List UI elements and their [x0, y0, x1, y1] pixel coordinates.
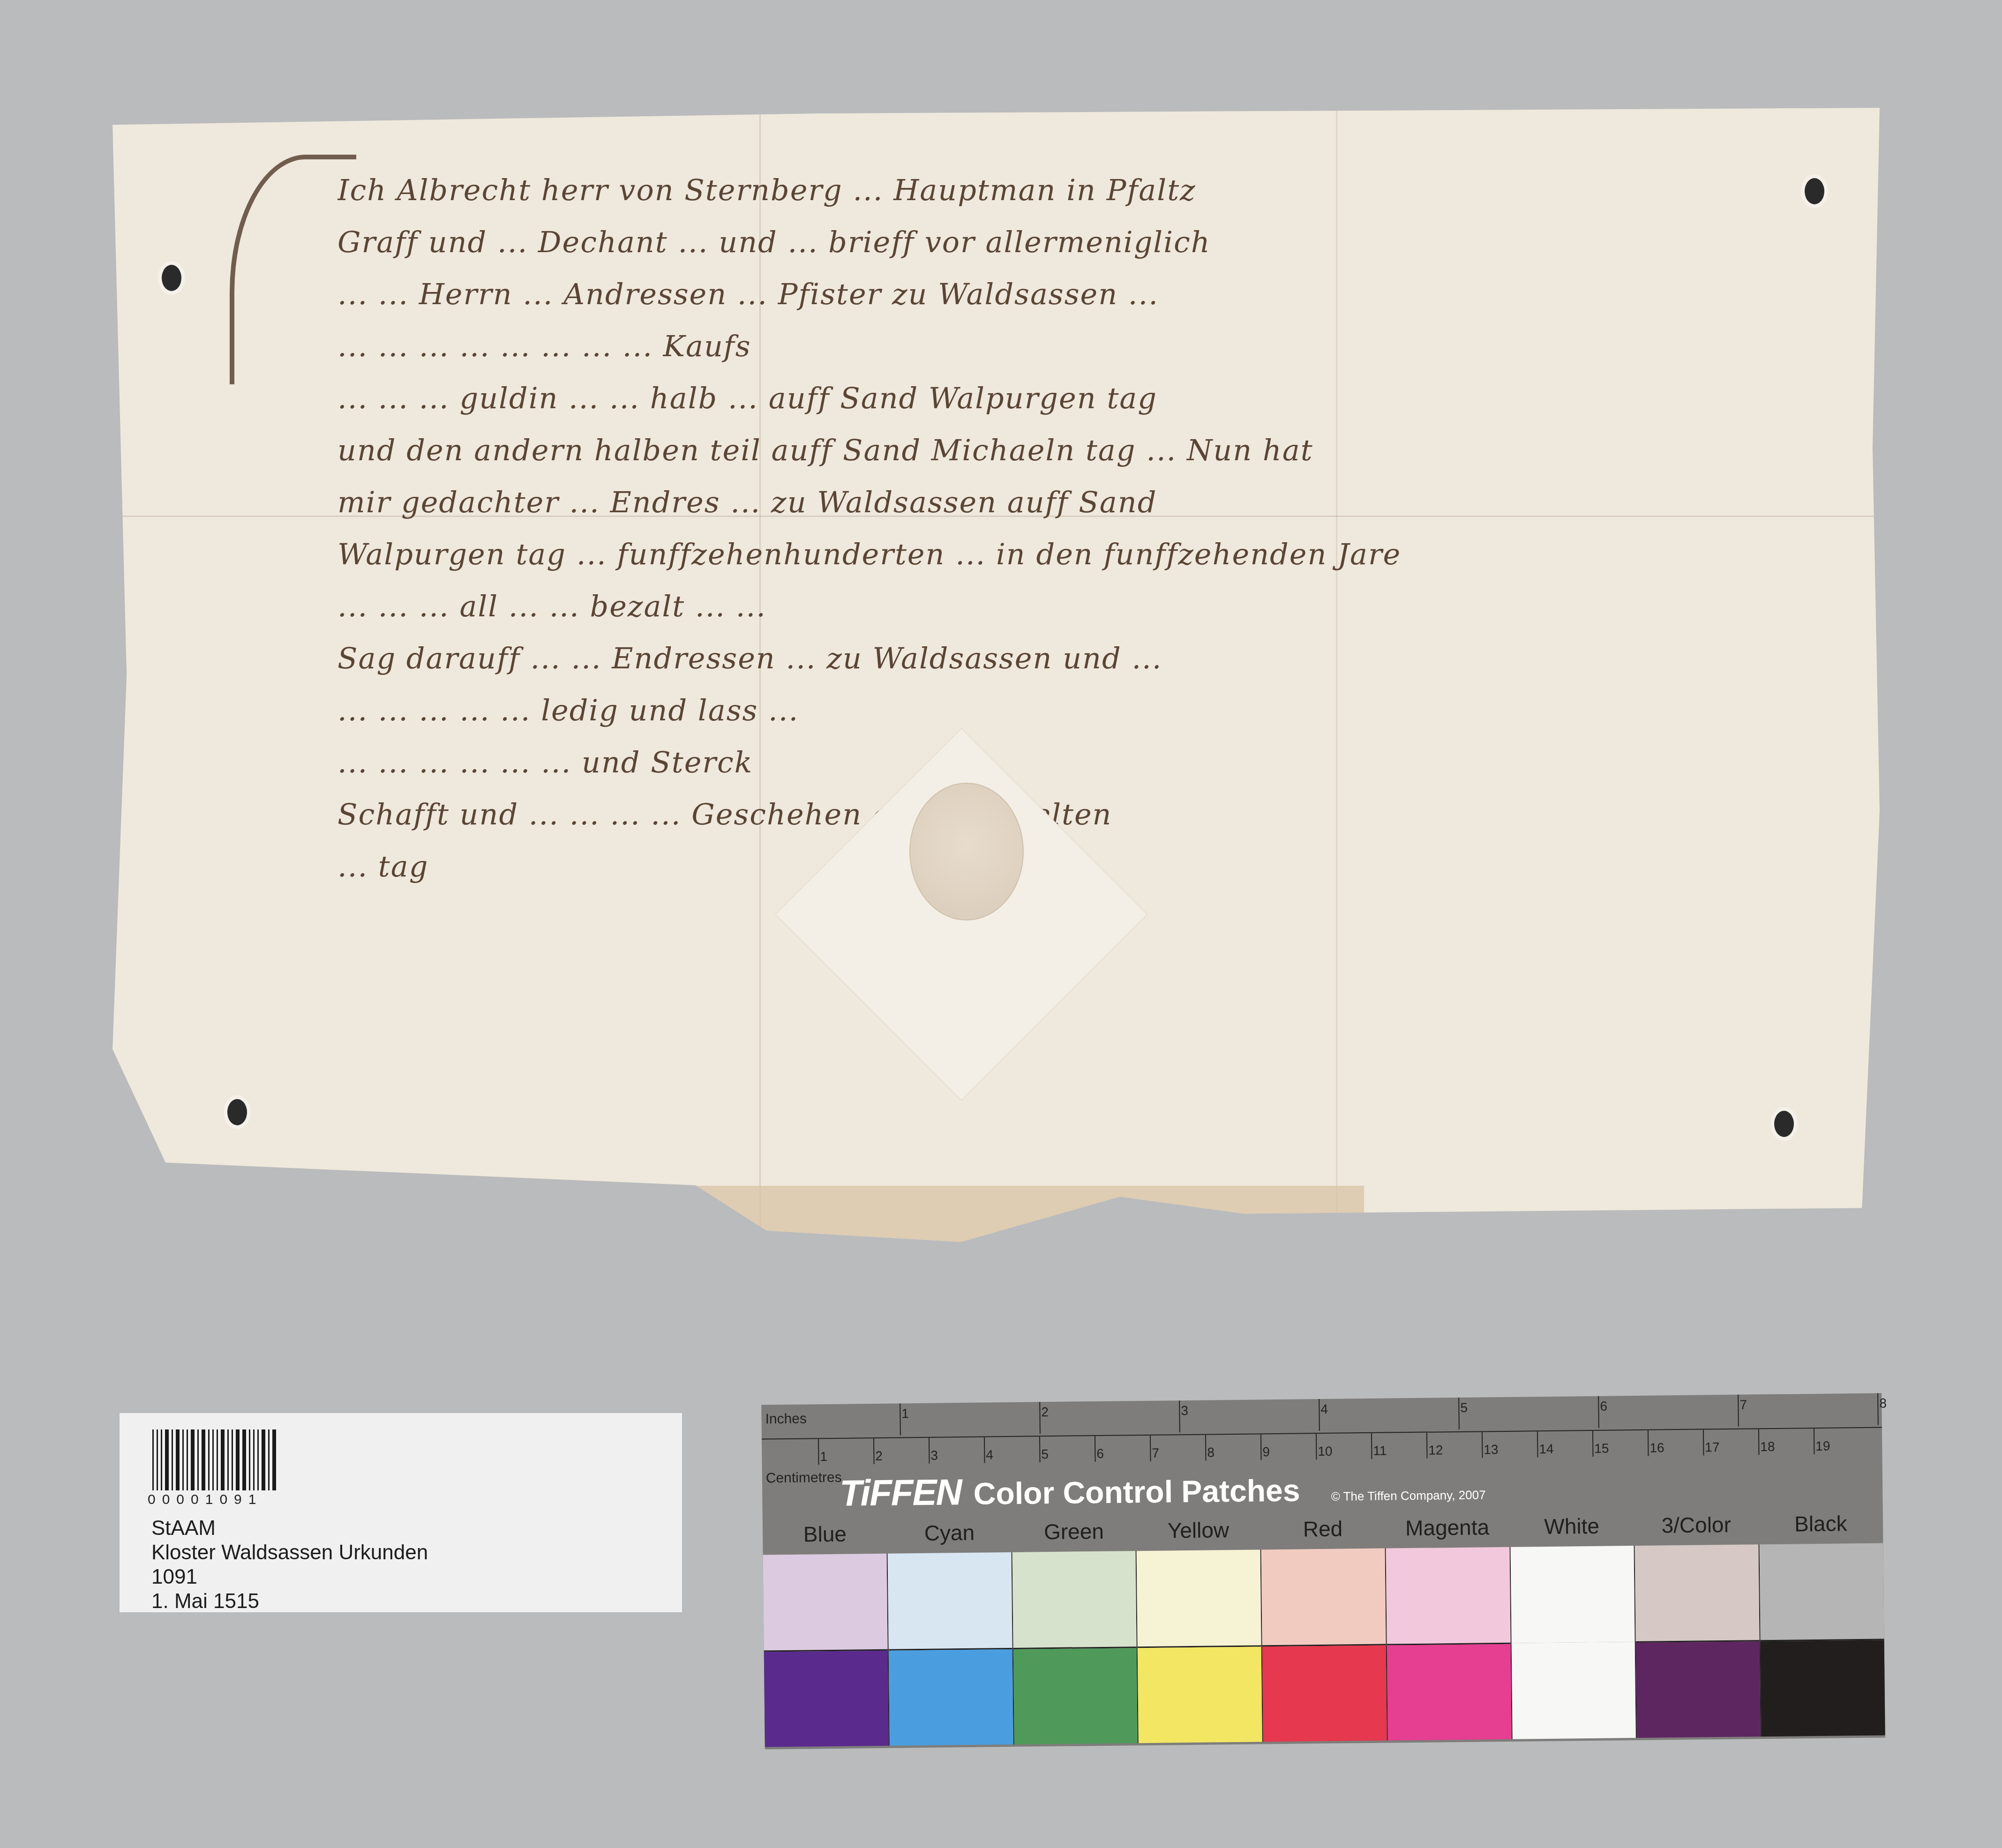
ruler: Inches 123456781234567891011121314151617… — [761, 1393, 1882, 1466]
inch-tick: 4 — [1319, 1399, 1320, 1431]
patch-light-swatch — [887, 1552, 1012, 1650]
inch-tick-label: 6 — [1600, 1399, 1607, 1414]
centimetres-label: Centimetres — [766, 1470, 842, 1487]
cm-tick-label: 10 — [1318, 1444, 1332, 1459]
barcode-bar — [236, 1429, 240, 1490]
handwriting-line: mir gedachter ... Endres ... zu Waldsass… — [337, 476, 1837, 528]
archive-name: StAAM — [151, 1516, 428, 1541]
patch-label-black: Black — [1758, 1510, 1883, 1537]
handwriting-line: ... ... Herrn ... Andressen ... Pfister … — [337, 268, 1837, 320]
barcode-bar — [221, 1429, 225, 1490]
barcode-bar — [253, 1429, 255, 1490]
handwriting-line: Schafft und ... ... ... ... Geschehen am… — [337, 788, 1837, 840]
patch-label-green: Green — [1012, 1518, 1136, 1545]
inch-tick: 6 — [1598, 1396, 1599, 1428]
patch-light-swatch — [763, 1554, 888, 1652]
barcode-icon — [152, 1429, 276, 1490]
cm-tick-label: 3 — [930, 1448, 938, 1463]
patch-dark-swatch — [1761, 1640, 1885, 1736]
cm-tick-label: 15 — [1594, 1441, 1609, 1456]
cm-tick-label: 18 — [1760, 1439, 1775, 1454]
mounting-hole-icon — [162, 265, 181, 291]
copyright-text: © The Tiffen Company, 2007 — [1331, 1488, 1485, 1504]
folded-bottom-flap — [661, 1186, 1364, 1247]
catalog-label: 00001091 StAAM Kloster Waldsassen Urkund… — [120, 1413, 682, 1612]
barcode-bar — [268, 1429, 270, 1490]
patch-light-swatch — [1137, 1549, 1261, 1647]
cm-tick-label: 6 — [1096, 1446, 1104, 1461]
cm-tick-label: 5 — [1041, 1447, 1049, 1462]
barcode-bar — [212, 1429, 214, 1490]
cm-tick-label: 1 — [820, 1449, 827, 1464]
chart-title: Color Control Patches — [973, 1473, 1300, 1511]
patch-label-magenta: Magenta — [1385, 1514, 1510, 1541]
cm-tick: 14 — [1537, 1431, 1538, 1457]
patch-label-blue: Blue — [763, 1521, 887, 1548]
cm-tick: 16 — [1648, 1430, 1649, 1456]
handwriting-line: ... ... ... ... ... ... und Sterck — [337, 736, 1837, 788]
handwriting-line: ... ... ... guldin ... ... halb ... auff… — [337, 372, 1837, 424]
cm-tick-label: 2 — [875, 1449, 883, 1464]
inch-tick-label: 3 — [1181, 1403, 1188, 1418]
cm-tick: 18 — [1758, 1429, 1760, 1455]
cm-tick: 3 — [929, 1438, 930, 1464]
cm-tick: 1 — [818, 1439, 819, 1465]
barcode-bar — [182, 1429, 184, 1490]
cm-tick: 4 — [984, 1437, 985, 1463]
patch-labels: BlueCyanGreenYellowRedMagentaWhite3/Colo… — [763, 1510, 1883, 1547]
patch-dark-swatch — [764, 1650, 889, 1747]
cm-tick-label: 13 — [1484, 1442, 1498, 1457]
cm-tick: 2 — [873, 1438, 875, 1464]
patch-column — [1137, 1549, 1263, 1743]
patch-light-swatch — [1261, 1549, 1386, 1646]
cm-tick: 12 — [1426, 1433, 1428, 1459]
cm-tick: 13 — [1482, 1432, 1483, 1458]
barcode-bar — [242, 1429, 246, 1490]
cm-tick-label: 9 — [1262, 1444, 1270, 1459]
patch-column — [1386, 1547, 1512, 1741]
inch-tick-label: 4 — [1320, 1402, 1328, 1417]
barcode-bar — [197, 1429, 199, 1490]
charter-parchment: Ich Albrecht herr von Sternberg ... Haup… — [112, 108, 1880, 1242]
cm-tick: 6 — [1095, 1436, 1096, 1462]
cm-tick-label: 7 — [1152, 1446, 1159, 1461]
barcode-bar — [172, 1429, 173, 1490]
barcode-bar — [191, 1429, 195, 1490]
color-control-chart: Inches 123456781234567891011121314151617… — [761, 1393, 1885, 1750]
patch-column — [1012, 1551, 1139, 1744]
ruler-divider — [762, 1427, 1882, 1440]
cm-tick: 19 — [1814, 1429, 1815, 1454]
inch-tick-label: 1 — [901, 1406, 909, 1421]
handwriting-line: Graff und ... Dechant ... und ... brieff… — [337, 216, 1837, 268]
patch-light-swatch — [1510, 1546, 1635, 1643]
patch-dark-swatch — [888, 1649, 1013, 1745]
cm-tick-label: 17 — [1705, 1440, 1719, 1455]
barcode-bar — [202, 1429, 205, 1490]
handwriting-line: ... ... ... ... ... ledig und lass ... — [337, 684, 1837, 736]
patch-label-white: White — [1509, 1513, 1634, 1540]
cm-tick-label: 12 — [1428, 1443, 1443, 1458]
barcode-bar — [217, 1429, 218, 1490]
barcode-bar — [161, 1429, 162, 1490]
handwriting-line: und den andern halben teil auff Sand Mic… — [337, 424, 1837, 476]
patch-label-3-color: 3/Color — [1634, 1511, 1759, 1538]
cm-tick-label: 4 — [986, 1447, 993, 1462]
mounting-hole-icon — [227, 1099, 247, 1125]
wax-seal-icon — [909, 783, 1024, 920]
inch-tick-label: 7 — [1740, 1398, 1747, 1413]
patch-column — [1760, 1543, 1885, 1736]
inch-tick-label: 8 — [1879, 1396, 1887, 1411]
inches-label: Inches — [765, 1411, 807, 1428]
cm-tick: 8 — [1205, 1435, 1207, 1461]
cm-tick-label: 8 — [1207, 1445, 1215, 1460]
patch-column — [1261, 1549, 1388, 1742]
barcode-bar — [262, 1429, 265, 1490]
handwriting-line: Sag darauff ... ... Endressen ... zu Wal… — [337, 632, 1837, 684]
inch-tick: 2 — [1039, 1402, 1041, 1434]
barcode-number: 00001091 — [148, 1492, 262, 1508]
barcode-bar — [227, 1429, 229, 1490]
patch-dark-swatch — [1511, 1642, 1636, 1739]
inch-tick: 8 — [1877, 1393, 1879, 1425]
patch-dark-swatch — [1138, 1646, 1262, 1743]
tiffen-logo: TiFFEN — [840, 1471, 962, 1515]
inch-tick: 5 — [1458, 1398, 1460, 1429]
barcode-bar — [232, 1429, 233, 1490]
patch-light-swatch — [1635, 1544, 1760, 1642]
mounting-hole-icon — [1774, 1111, 1794, 1137]
patch-column — [763, 1554, 890, 1747]
cm-tick: 15 — [1592, 1431, 1594, 1457]
patch-label-cyan: Cyan — [887, 1519, 1012, 1546]
inch-tick-label: 5 — [1460, 1400, 1468, 1415]
patch-dark-swatch — [1636, 1641, 1761, 1738]
handwritten-text: Ich Albrecht herr von Sternberg ... Haup… — [337, 164, 1837, 892]
handwriting-line: Ich Albrecht herr von Sternberg ... Haup… — [337, 164, 1837, 216]
patch-column — [1510, 1546, 1637, 1739]
cm-tick-label: 19 — [1815, 1439, 1830, 1454]
barcode-bar — [257, 1429, 259, 1490]
item-number: 1091 — [151, 1565, 428, 1589]
patch-dark-swatch — [1013, 1648, 1138, 1744]
collection-name: Kloster Waldsassen Urkunden — [151, 1541, 428, 1565]
cm-tick: 9 — [1260, 1434, 1262, 1460]
patch-light-swatch — [1760, 1543, 1884, 1641]
patch-light-swatch — [1012, 1551, 1137, 1649]
handwriting-line: ... ... ... all ... ... bezalt ... ... — [337, 580, 1837, 632]
patch-dark-swatch — [1387, 1644, 1512, 1740]
barcode-bar — [187, 1429, 188, 1490]
patch-dark-swatch — [1262, 1645, 1387, 1742]
patch-label-red: Red — [1260, 1516, 1385, 1542]
handwriting-line: ... ... ... ... ... ... ... ... Kaufs — [337, 320, 1837, 372]
cm-tick-label: 11 — [1373, 1444, 1387, 1459]
barcode-bar — [208, 1429, 210, 1490]
barcode-bar — [157, 1429, 158, 1490]
cm-tick: 11 — [1371, 1433, 1372, 1459]
barcode-bar — [165, 1429, 169, 1490]
document-date: 1. Mai 1515 — [151, 1589, 428, 1614]
cm-tick: 10 — [1316, 1434, 1317, 1459]
cm-tick: 7 — [1150, 1436, 1151, 1461]
cm-tick: 17 — [1703, 1429, 1704, 1455]
cm-tick-label: 14 — [1539, 1442, 1553, 1457]
barcode-bar — [152, 1429, 154, 1490]
patch-light-swatch — [1386, 1547, 1510, 1645]
barcode-bar — [176, 1429, 180, 1490]
cm-tick: 5 — [1039, 1437, 1041, 1462]
barcode-bar — [272, 1429, 276, 1490]
patch-column — [1635, 1544, 1762, 1738]
patch-label-yellow: Yellow — [1136, 1517, 1260, 1543]
handwriting-line: Walpurgen tag ... funffzehenhunderten ..… — [337, 528, 1837, 580]
patch-column — [887, 1552, 1014, 1746]
color-patches — [763, 1543, 1885, 1747]
barcode-bar — [249, 1429, 250, 1490]
inch-tick-label: 2 — [1041, 1405, 1049, 1420]
inch-tick: 7 — [1738, 1395, 1739, 1427]
inch-tick: 1 — [900, 1403, 901, 1435]
cm-tick-label: 16 — [1650, 1440, 1664, 1455]
inch-tick: 3 — [1179, 1400, 1180, 1432]
